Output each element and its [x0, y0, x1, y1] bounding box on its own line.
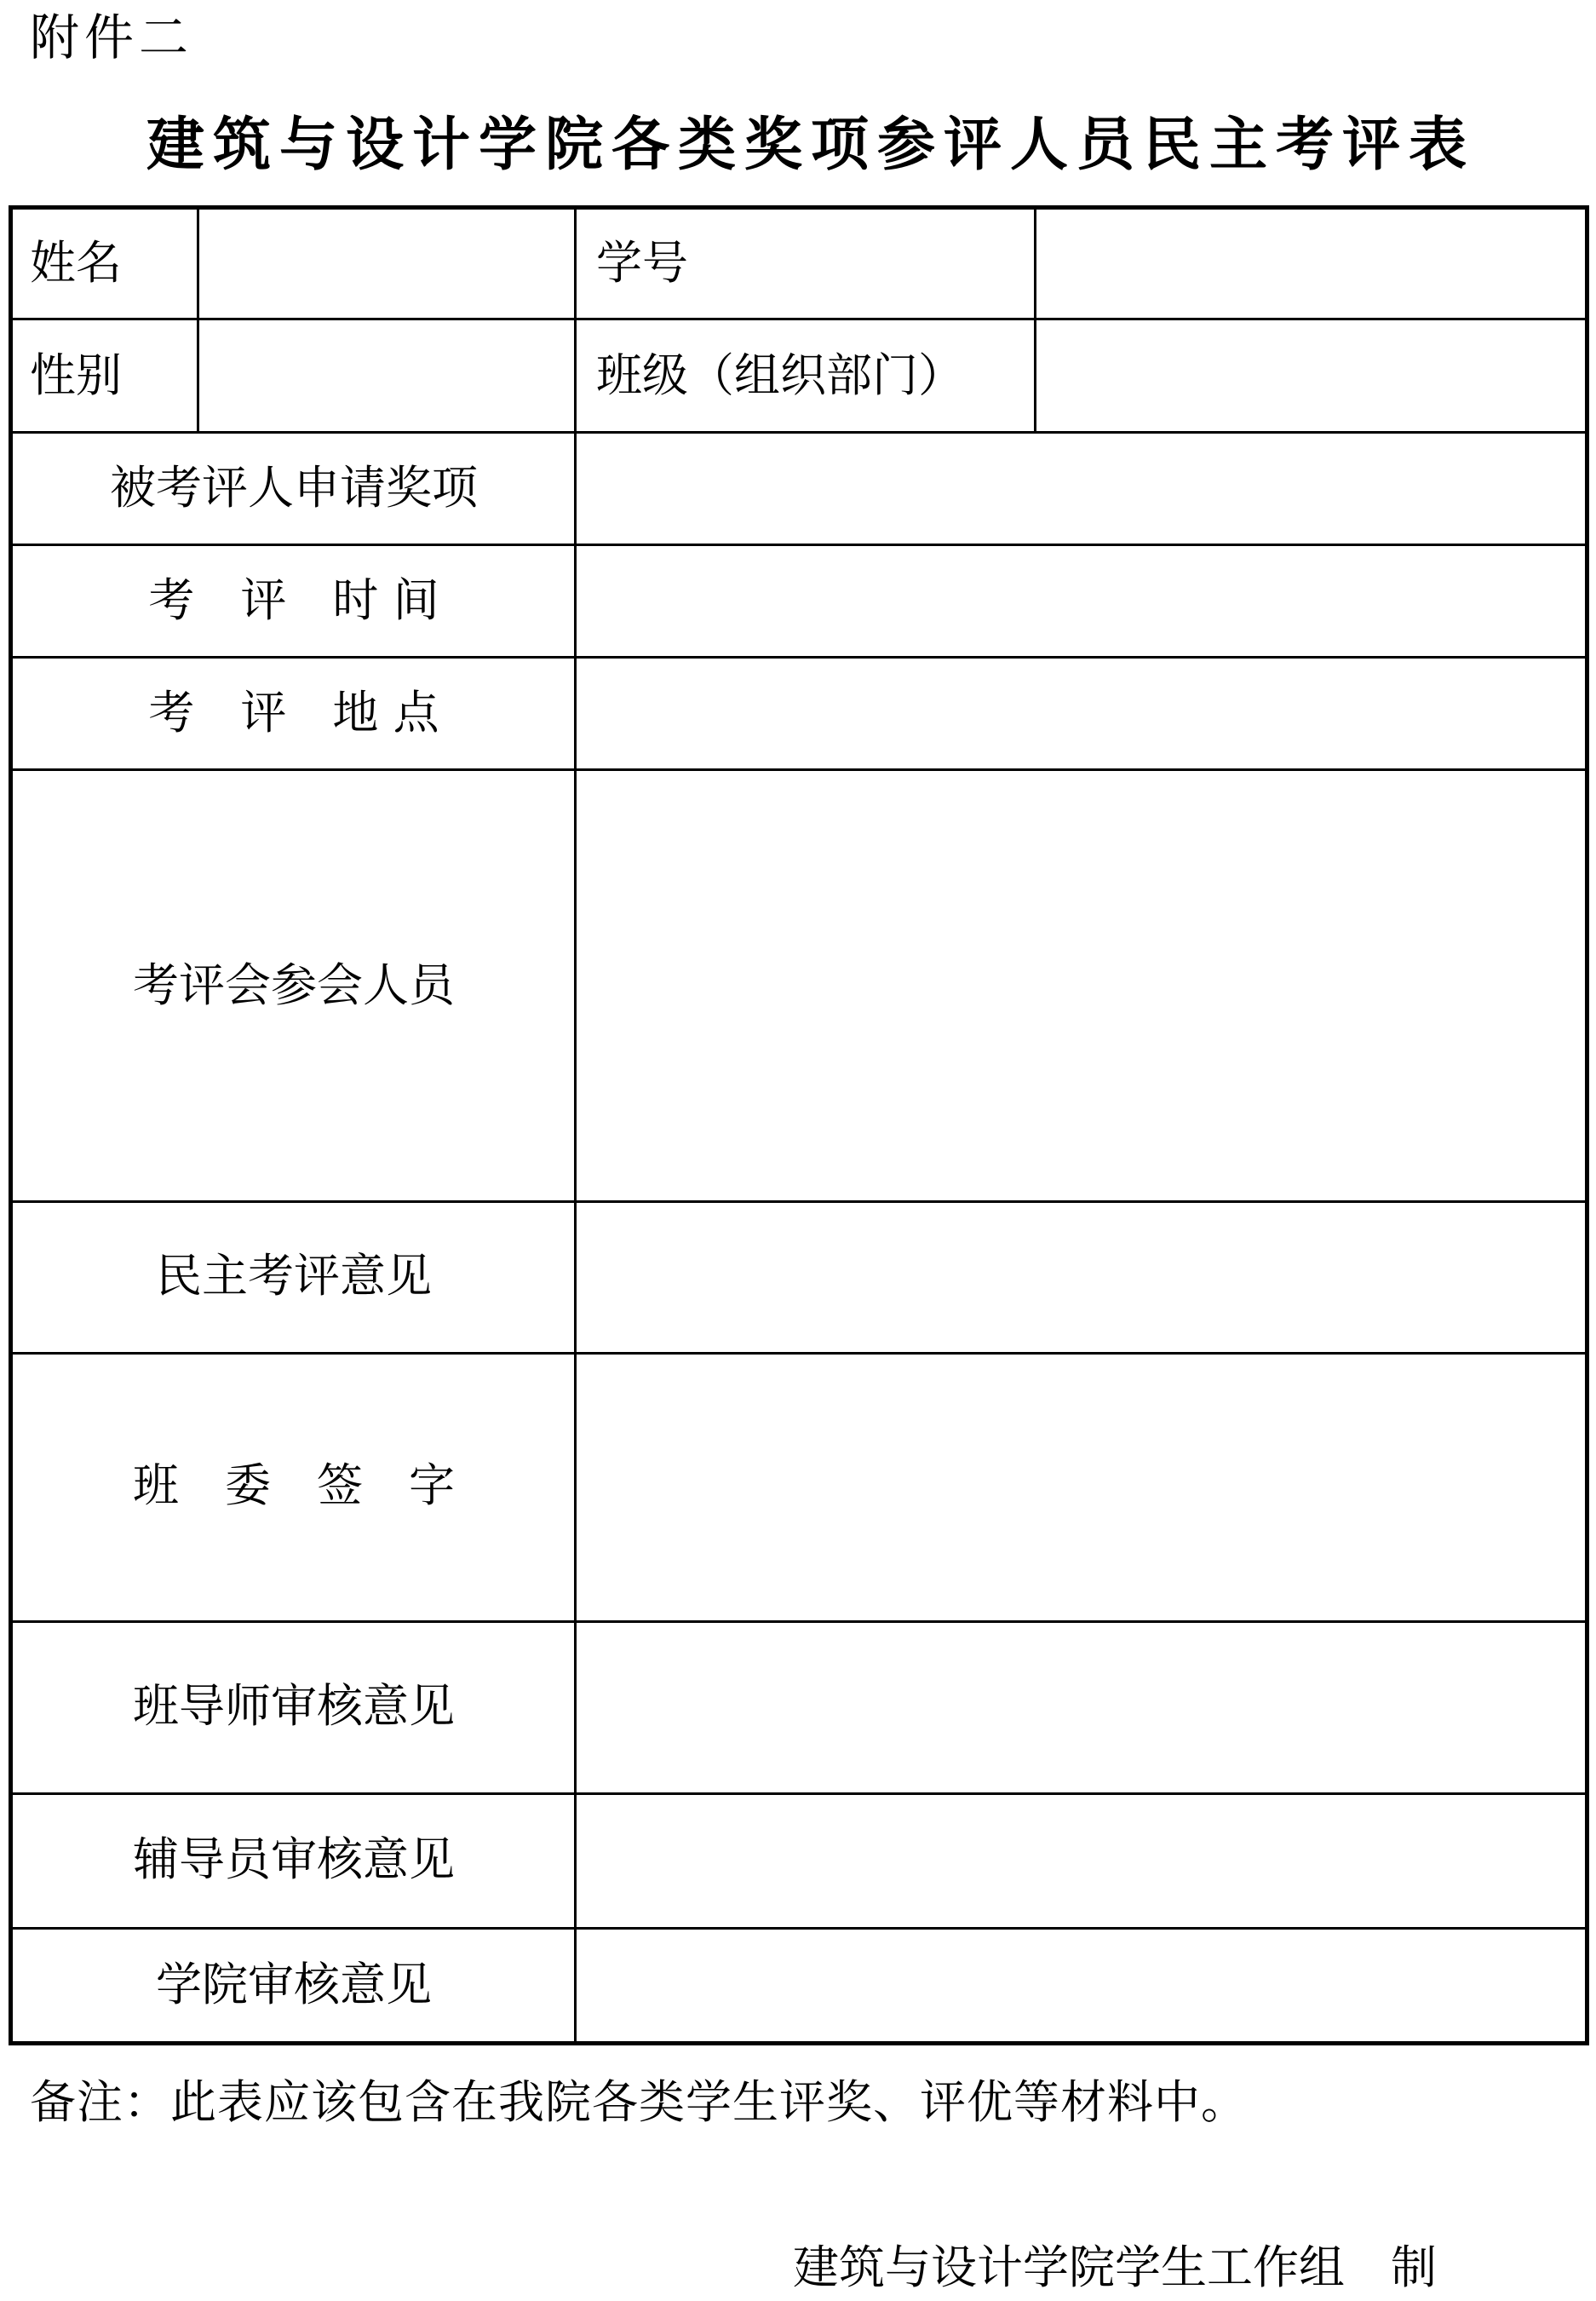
label-class: 班级（组织部门）	[596, 350, 964, 401]
column-divider	[1034, 210, 1036, 433]
footer-issuer: 建筑与设计学院学生工作组 制	[793, 2241, 1437, 2295]
label-class-advisor-opinion: 班导师审核意见	[13, 1681, 575, 1732]
label-attendees: 考评会参会人员	[13, 960, 575, 1011]
label-evaluation-time: 考 评 时 间	[13, 575, 575, 626]
label-name: 姓名	[30, 238, 122, 289]
democratic-opinion-field[interactable]	[577, 1203, 1585, 1352]
evaluation-time-field[interactable]	[577, 546, 1585, 656]
label-evaluation-location: 考 评 地 点	[13, 687, 575, 739]
award-applied-field[interactable]	[577, 434, 1585, 544]
committee-signature-field[interactable]	[577, 1355, 1585, 1620]
page-title: 建筑与设计学院各类奖项参评人员民主考评表	[0, 109, 1596, 181]
college-opinion-field[interactable]	[577, 1930, 1585, 2041]
label-gender: 性别	[30, 350, 122, 401]
class-advisor-opinion-field[interactable]	[577, 1623, 1585, 1792]
attachment-label: 附件二	[30, 7, 193, 68]
label-college-opinion: 学院审核意见	[13, 1959, 575, 2010]
student-id-field[interactable]	[1037, 210, 1585, 318]
column-divider	[197, 210, 199, 433]
label-student-id: 学号	[596, 238, 688, 289]
counselor-opinion-field[interactable]	[577, 1795, 1585, 1927]
evaluation-location-field[interactable]	[577, 659, 1585, 768]
name-field[interactable]	[200, 210, 573, 318]
note-text: 备注：此表应该包含在我院各类学生评奖、评优等材料中。	[30, 2075, 1248, 2130]
evaluation-form-table: 姓名 学号 性别 班级（组织部门） 被考评人申请奖项 考 评 时 间 考 评 地…	[9, 205, 1589, 2045]
label-award-applied: 被考评人申请奖项	[13, 463, 575, 514]
gender-field[interactable]	[200, 320, 573, 431]
label-democratic-opinion: 民主考评意见	[13, 1251, 575, 1302]
attendees-field[interactable]	[577, 771, 1585, 1200]
label-counselor-opinion: 辅导员审核意见	[13, 1834, 575, 1885]
class-field[interactable]	[1037, 320, 1585, 431]
label-committee-signature: 班 委 签 字	[13, 1460, 575, 1511]
